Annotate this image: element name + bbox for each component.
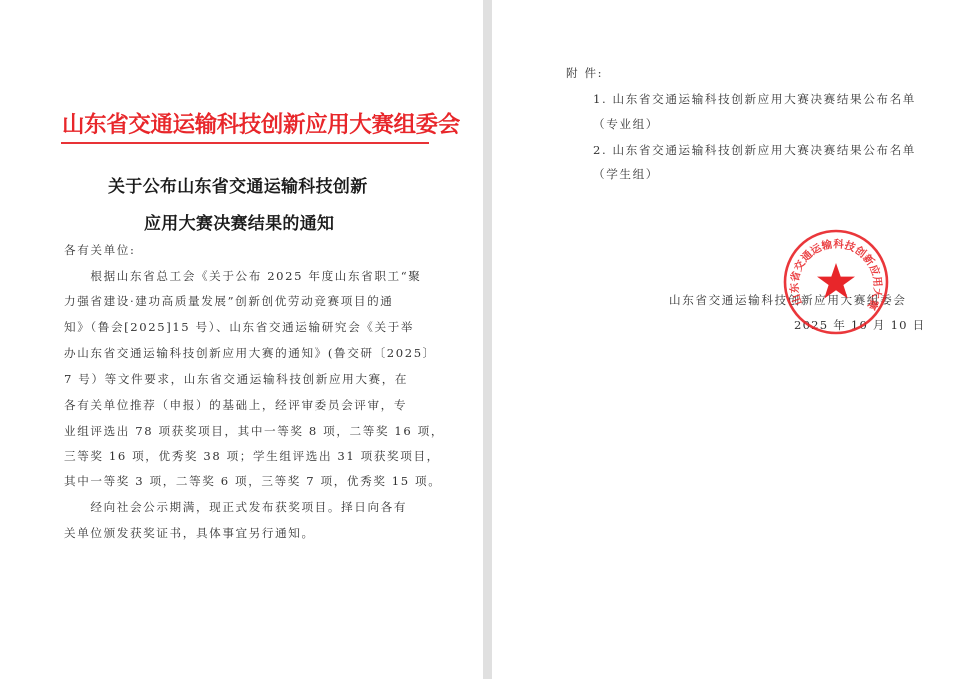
signature-organization: 山东省交通运输科技创新应用大赛组委会 [669, 292, 907, 308]
paragraph-1-line: 其中一等奖 3 项，二等奖 6 项，三等奖 7 项，优秀奖 15 项。 [64, 473, 441, 489]
notice-title-line-2: 应用大赛决赛结果的通知 [144, 209, 334, 234]
attachments-label: 附 件: [566, 65, 603, 81]
letterhead-red-rule [61, 142, 429, 144]
attachment-1-title: 1. 山东省交通运输科技创新应用大赛决赛结果公布名单 [593, 91, 916, 107]
attachment-1-subtitle: （专业组） [593, 116, 659, 132]
page-gutter [483, 0, 492, 679]
paragraph-2-line: 经向社会公示期满，现正式发布获奖项目。择日向各有 [64, 499, 407, 515]
letterhead-title: 山东省交通运输科技创新应用大赛组委会 [62, 107, 460, 139]
paragraph-1-line: 知》（鲁会[2025]15 号）、山东省交通运输研究会《关于举 [64, 319, 414, 335]
document-page-1: 山东省交通运输科技创新应用大赛组委会 关于公布山东省交通运输科技创新 应用大赛决… [0, 0, 483, 679]
paragraph-1-line: 根据山东省总工会《关于公布 2025 年度山东省职工“聚 [64, 268, 421, 284]
paragraph-1-line: 三等奖 16 项，优秀奖 38 项；学生组评选出 31 项获奖项目， [64, 448, 440, 464]
paragraph-2-line: 关单位颁发获奖证书，具体事宜另行通知。 [64, 525, 315, 541]
paragraph-1-line: 业组评选出 78 项获奖项目，其中一等奖 8 项，二等奖 16 项， [64, 423, 444, 439]
salutation: 各有关单位: [64, 242, 135, 258]
paragraph-1-line: 7 号）等文件要求，山东省交通运输科技创新应用大赛，在 [64, 371, 408, 387]
attachment-2-subtitle: （学生组） [593, 166, 659, 182]
paragraph-1-line: 各有关单位推荐（申报）的基础上，经评审委员会评审，专 [64, 397, 407, 413]
paragraph-1-line: 办山东省交通运输科技创新应用大赛的通知》(鲁交研〔2025〕 [64, 345, 436, 361]
signature-date: 2025 年 10 月 10 日 [794, 317, 925, 333]
attachment-2-title: 2. 山东省交通运输科技创新应用大赛决赛结果公布名单 [593, 142, 916, 158]
paragraph-1-line: 力强省建设·建功高质量发展”创新创优劳动竞赛项目的通 [64, 293, 393, 309]
notice-title-line-1: 关于公布山东省交通运输科技创新 [108, 172, 368, 197]
